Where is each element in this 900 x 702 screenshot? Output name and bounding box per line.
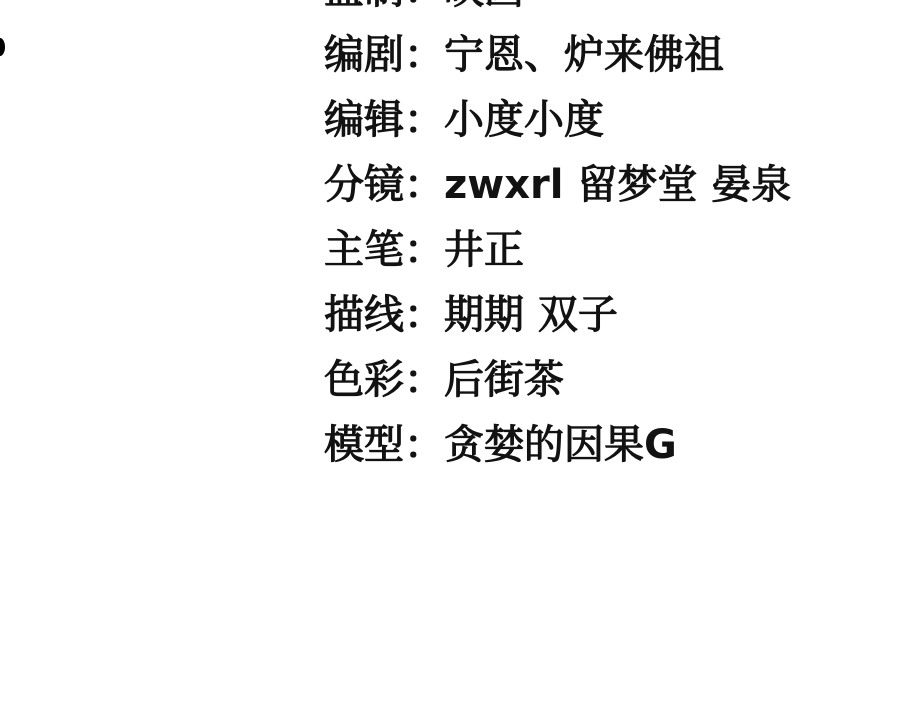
credit-line: 描线：期期 双子 <box>324 283 791 348</box>
credit-line: 色彩：后街茶 <box>324 348 791 413</box>
credit-role-label: 主笔 <box>324 227 404 273</box>
credit-separator: ： <box>404 0 444 13</box>
credit-line: 编辑：小度小度 <box>324 88 791 153</box>
credit-value: 贪婪的因果G <box>444 422 677 468</box>
credit-line: 编剧：宁恩、炉来佛祖 <box>324 23 791 88</box>
credit-separator: ： <box>404 97 444 143</box>
credit-role-label: 编剧 <box>324 32 404 78</box>
credit-role-label: 分镜 <box>324 162 404 208</box>
credit-role-label: 描线 <box>324 292 404 338</box>
credit-separator: ： <box>404 162 444 208</box>
credit-separator: ： <box>404 422 444 468</box>
comic-credits-page: 监制：映画编剧：宁恩、炉来佛祖编辑：小度小度分镜：zwxrl 留梦堂 晏泉主笔：… <box>0 0 900 702</box>
credit-value: 小度小度 <box>444 97 604 143</box>
credit-line: 监制：映画 <box>324 0 791 23</box>
credit-value: zwxrl 留梦堂 晏泉 <box>444 162 791 208</box>
credits-list: 监制：映画编剧：宁恩、炉来佛祖编辑：小度小度分镜：zwxrl 留梦堂 晏泉主笔：… <box>324 0 791 478</box>
credit-value: 井正 <box>444 227 524 273</box>
credit-separator: ： <box>404 357 444 403</box>
credit-role-label: 模型 <box>324 422 404 468</box>
credit-role-label: 监制 <box>324 0 404 13</box>
credit-separator: ： <box>404 32 444 78</box>
left-edge-partial-mark <box>0 38 5 56</box>
credit-line: 模型：贪婪的因果G <box>324 413 791 478</box>
credit-separator: ： <box>404 227 444 273</box>
credit-line: 主笔：井正 <box>324 218 791 283</box>
credit-separator: ： <box>404 292 444 338</box>
credit-line: 分镜：zwxrl 留梦堂 晏泉 <box>324 153 791 218</box>
credit-value: 宁恩、炉来佛祖 <box>444 32 724 78</box>
credit-role-label: 色彩 <box>324 357 404 403</box>
credit-role-label: 编辑 <box>324 97 404 143</box>
credit-value: 期期 双子 <box>444 292 618 338</box>
credit-value: 映画 <box>444 0 524 13</box>
credit-value: 后街茶 <box>444 357 564 403</box>
